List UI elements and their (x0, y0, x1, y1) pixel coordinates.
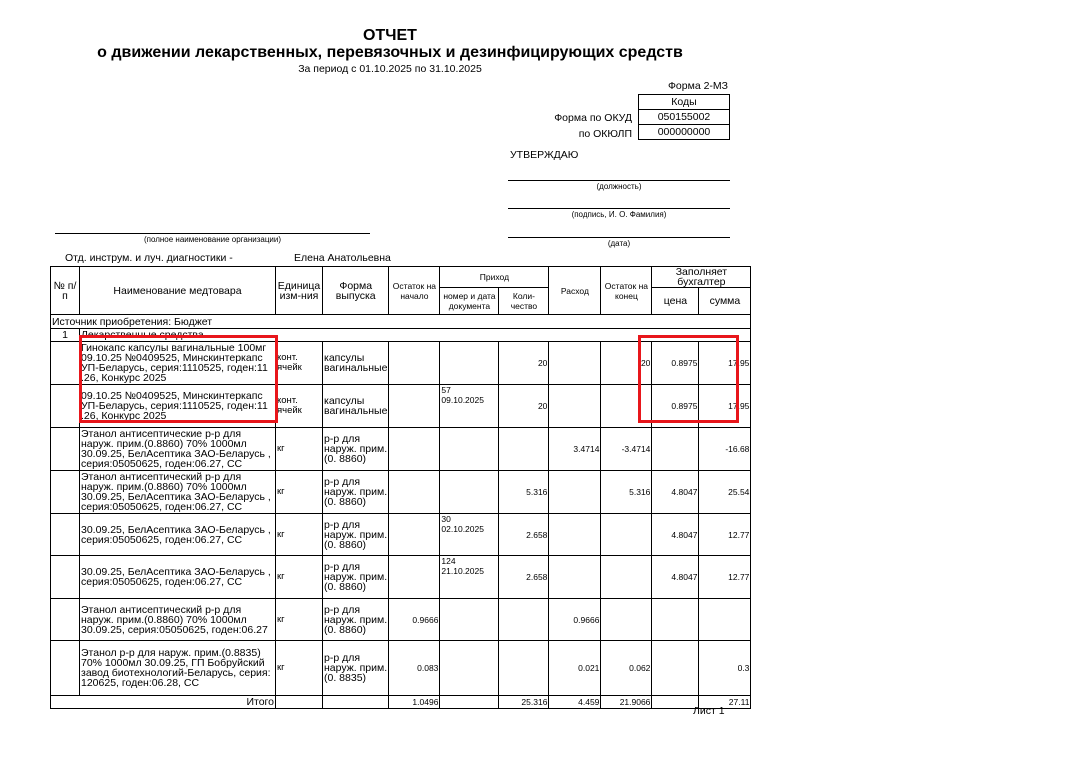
item-form: р-р для наруж. прим.(0. 8860) (323, 471, 389, 514)
item-doc (440, 599, 499, 641)
item-price: 0.8975 (652, 342, 699, 385)
item-unit: кг (276, 641, 323, 696)
row-num (51, 599, 80, 641)
group-name: Лекарственные средства (80, 329, 751, 342)
total-row: Итого 1.0496 25.316 4.459 21.9066 27.11 (51, 696, 751, 709)
item-name: 30.09.25, БелАсептика ЗАО-Беларусь , сер… (80, 556, 276, 599)
org-caption: (полное наименование организации) (55, 235, 370, 244)
item-qty (499, 641, 549, 696)
item-start (389, 471, 440, 514)
item-form: капсулы вагинальные (323, 342, 389, 385)
okulp-value: 000000000 (639, 125, 730, 140)
item-end (601, 385, 652, 428)
col-sum: сумма (699, 288, 751, 315)
form-name: Форма 2-МЗ (600, 80, 728, 92)
col-price: цена (652, 288, 699, 315)
item-unit: кг (276, 514, 323, 556)
item-price (652, 428, 699, 471)
position-line (508, 180, 730, 181)
item-name: Этанол антисептический р-р для наруж. пр… (80, 471, 276, 514)
person-name: Елена Анатольевна (294, 252, 391, 264)
item-sum: -16.68 (699, 428, 751, 471)
item-end: -3.4714 (601, 428, 652, 471)
col-accountant: Заполняет бухгалтер (652, 267, 751, 288)
item-doc: 57 09.10.2025 (440, 385, 499, 428)
item-form: р-р для наруж. прим.(0. 8860) (323, 514, 389, 556)
row-num (51, 385, 80, 428)
item-sum (699, 599, 751, 641)
item-doc (440, 471, 499, 514)
item-start: 0.083 (389, 641, 440, 696)
item-doc: 30 02.10.2025 (440, 514, 499, 556)
report-period: За период с 01.10.2025 по 31.10.2025 (0, 63, 780, 75)
total-end: 21.9066 (601, 696, 652, 709)
sheet-number: Лист 1 (693, 705, 725, 717)
item-form: р-р для наруж. прим.(0. 8860) (323, 556, 389, 599)
item-unit: кг (276, 556, 323, 599)
item-price: 4.8047 (652, 514, 699, 556)
item-expense: 3.4714 (549, 428, 601, 471)
item-expense: 0.9666 (549, 599, 601, 641)
item-doc (440, 428, 499, 471)
item-qty: 2.658 (499, 556, 549, 599)
row-num (51, 428, 80, 471)
item-price (652, 599, 699, 641)
item-sum: 17.95 (699, 342, 751, 385)
approve-label: УТВЕРЖДАЮ (510, 149, 578, 161)
table-row: Этанол антисептический р-р для наруж. пр… (51, 471, 751, 514)
item-qty: 5.316 (499, 471, 549, 514)
table-row: Гинокапс капсулы вагинальные 100мг 09.10… (51, 342, 751, 385)
okud-value: 050155002 (639, 110, 730, 125)
item-unit: кг (276, 471, 323, 514)
row-num (51, 471, 80, 514)
item-name: Этанол р-р для наруж. прим.(0.8835) 70% … (80, 641, 276, 696)
item-form: р-р для наруж. прим.(0. 8860) (323, 599, 389, 641)
signature-caption: (подпись, И. О. Фамилия) (508, 210, 730, 219)
col-end: Остаток на конец (601, 267, 652, 315)
item-start (389, 428, 440, 471)
item-form: р-р для наруж. прим.(0. 8835) (323, 641, 389, 696)
source-row: Источник приобретения: Бюджет (51, 315, 751, 329)
col-num: № п/п (51, 267, 80, 315)
signature-line (508, 208, 730, 209)
item-expense (549, 385, 601, 428)
item-unit: кг (276, 599, 323, 641)
item-expense (549, 342, 601, 385)
codes-table: Коды 050155002 000000000 (638, 94, 730, 140)
item-end (601, 556, 652, 599)
item-end: 0.062 (601, 641, 652, 696)
col-qty: Коли-чество (499, 288, 549, 315)
table-row: Этанол р-р для наруж. прим.(0.8835) 70% … (51, 641, 751, 696)
item-price (652, 641, 699, 696)
item-name: Гинокапс капсулы вагинальные 100мг 09.10… (80, 342, 276, 385)
item-unit: конт. ячейк (276, 385, 323, 428)
item-name: 30.09.25, БелАсептика ЗАО-Беларусь , сер… (80, 514, 276, 556)
item-start (389, 556, 440, 599)
col-expense: Расход (549, 267, 601, 315)
table-row: Этанол антисептические р-р для наруж. пр… (51, 428, 751, 471)
item-form: р-р для наруж. прим.(0. 8860) (323, 428, 389, 471)
item-end: 5.316 (601, 471, 652, 514)
item-unit: кг (276, 428, 323, 471)
item-sum: 0.3 (699, 641, 751, 696)
item-name: 09.10.25 №0409525, Минскинтеркапс УП-Бел… (80, 385, 276, 428)
col-form: Форма выпуска (323, 267, 389, 315)
okulp-label: по ОКЮЛП (492, 128, 632, 140)
table-row: Этанол антисептический р-р для наруж. пр… (51, 599, 751, 641)
group-num: 1 (51, 329, 80, 342)
col-income: Приход (440, 267, 549, 288)
department: Отд. инструм. и луч. диагностики - (65, 252, 233, 264)
item-price: 0.8975 (652, 385, 699, 428)
total-expense: 4.459 (549, 696, 601, 709)
total-label: Итого (51, 696, 276, 709)
col-unit: Единица изм-ния (276, 267, 323, 315)
table-row: 09.10.25 №0409525, Минскинтеркапс УП-Бел… (51, 385, 751, 428)
item-start (389, 385, 440, 428)
okud-label: Форма по ОКУД (492, 112, 632, 124)
item-qty: 2.658 (499, 514, 549, 556)
row-num (51, 342, 80, 385)
item-name: Этанол антисептический р-р для наруж. пр… (80, 599, 276, 641)
item-expense (549, 514, 601, 556)
report-subtitle: о движении лекарственных, перевязочных и… (0, 44, 780, 62)
item-qty: 20 (499, 385, 549, 428)
item-qty (499, 428, 549, 471)
table-row: 30.09.25, БелАсептика ЗАО-Беларусь , сер… (51, 556, 751, 599)
codes-header: Коды (639, 95, 730, 110)
item-sum: 12.77 (699, 514, 751, 556)
item-doc (440, 641, 499, 696)
item-form: капсулы вагинальные (323, 385, 389, 428)
item-sum: 17.95 (699, 385, 751, 428)
position-caption: (должность) (508, 182, 730, 191)
item-end (601, 599, 652, 641)
col-start: Остаток на начало (389, 267, 440, 315)
item-start (389, 514, 440, 556)
item-price: 4.8047 (652, 556, 699, 599)
date-line (508, 237, 730, 238)
item-start: 0.9666 (389, 599, 440, 641)
row-num (51, 514, 80, 556)
col-name: Наименование медтовара (80, 267, 276, 315)
item-doc (440, 342, 499, 385)
item-name: Этанол антисептические р-р для наруж. пр… (80, 428, 276, 471)
item-expense (549, 471, 601, 514)
col-doc: номер и дата документа (440, 288, 499, 315)
item-expense (549, 556, 601, 599)
item-qty: 20 (499, 342, 549, 385)
item-end: 20 (601, 342, 652, 385)
item-end (601, 514, 652, 556)
item-sum: 25.54 (699, 471, 751, 514)
report-table: № п/п Наименование медтовара Единица изм… (50, 266, 751, 709)
item-doc: 124 21.10.2025 (440, 556, 499, 599)
item-price: 4.8047 (652, 471, 699, 514)
item-sum: 12.77 (699, 556, 751, 599)
report-title: ОТЧЕТ (0, 27, 780, 45)
row-num (51, 556, 80, 599)
table-row: 30.09.25, БелАсептика ЗАО-Беларусь , сер… (51, 514, 751, 556)
org-line (55, 233, 370, 234)
date-caption: (дата) (508, 239, 730, 248)
item-expense: 0.021 (549, 641, 601, 696)
total-start: 1.0496 (389, 696, 440, 709)
item-start (389, 342, 440, 385)
row-num (51, 641, 80, 696)
item-qty (499, 599, 549, 641)
item-unit: конт. ячейк (276, 342, 323, 385)
total-qty: 25.316 (499, 696, 549, 709)
